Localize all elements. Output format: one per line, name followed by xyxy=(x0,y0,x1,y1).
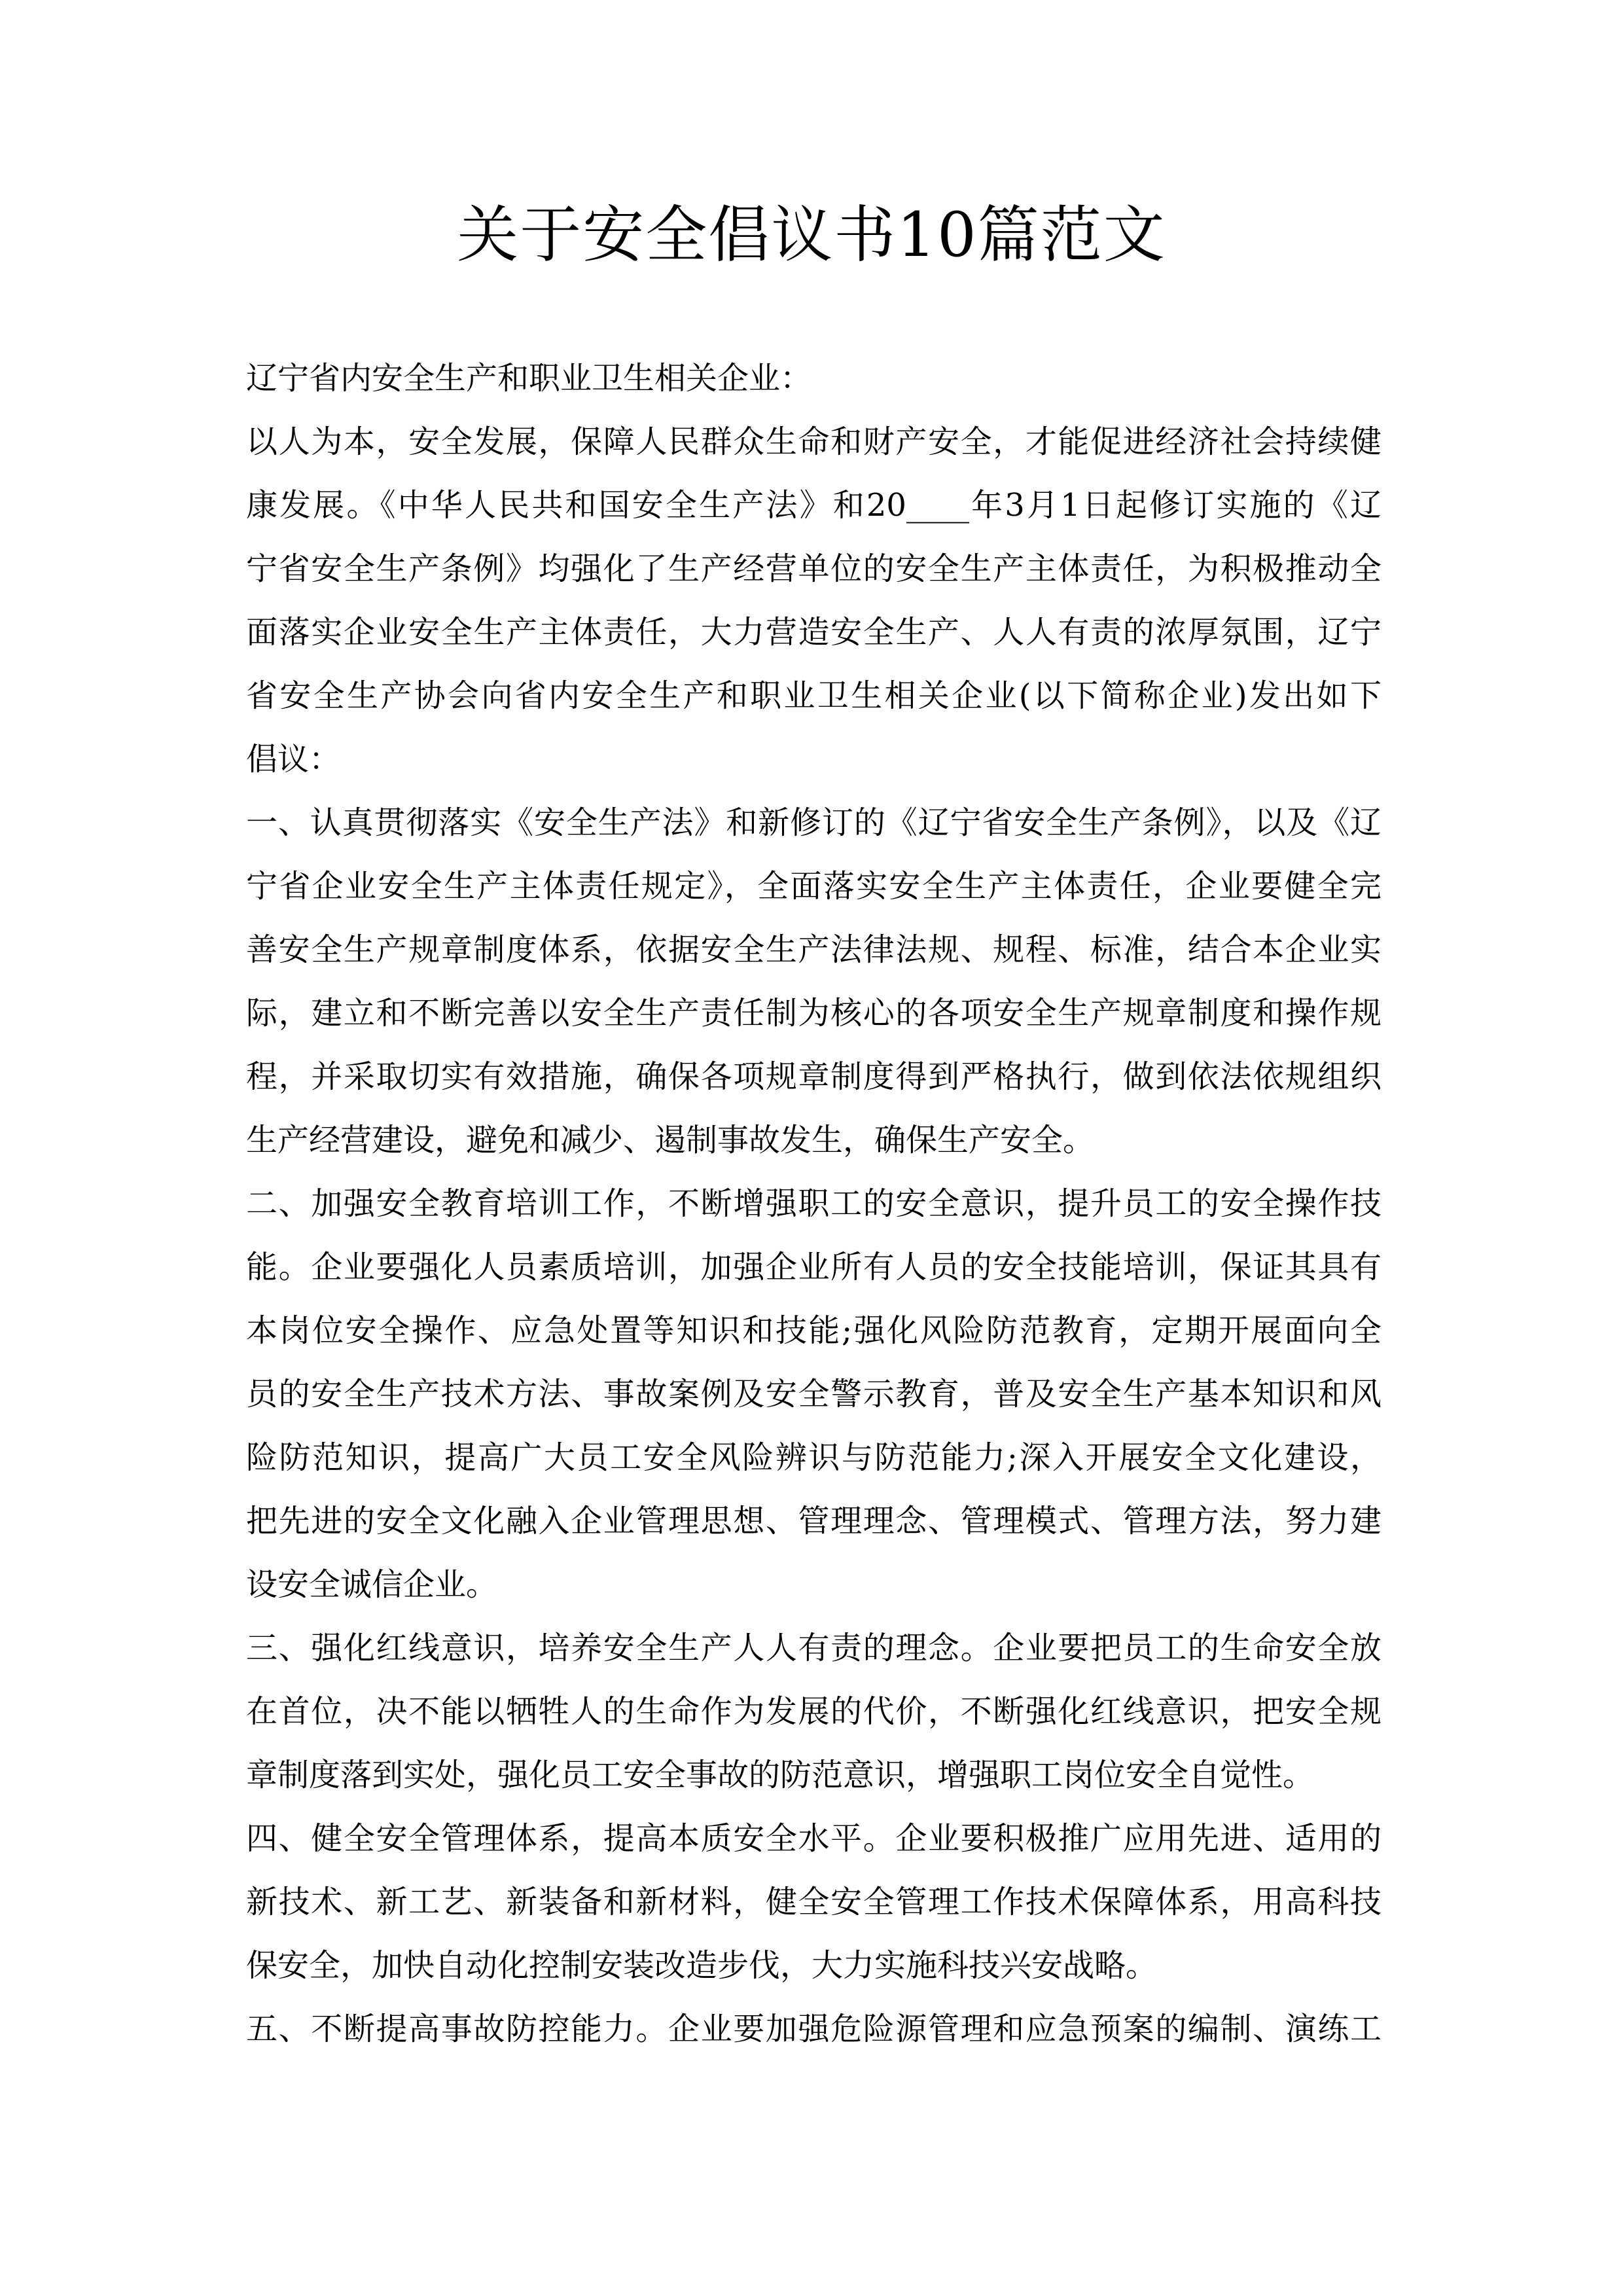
section-2-line: 二、加强安全教育培训工作，不断增强职工的安全意识，提升员工的安全操作技 xyxy=(246,1172,1382,1236)
section-4-line: 四、健全安全管理体系，提高本质安全水平。企业要积极推广应用先进、适用的 xyxy=(246,1807,1382,1871)
section-2-line: 能。企业要强化人员素质培训，加强企业所有人员的安全技能培训，保证其具有 xyxy=(246,1236,1382,1299)
document-title: 关于安全倡议书10篇范文 xyxy=(0,196,1623,275)
salutation-line: 辽宁省内安全生产和职业卫生相关企业： xyxy=(246,347,1382,410)
section-3-line: 三、强化红线意识，培养安全生产人人有责的理念。企业要把员工的生命安全放 xyxy=(246,1617,1382,1680)
section-4-line: 保安全，加快自动化控制安装改造步伐，大力实施科技兴安战略。 xyxy=(246,1934,1382,1998)
document-body: 辽宁省内安全生产和职业卫生相关企业： 以人为本，安全发展，保障人民群众生命和财产… xyxy=(246,347,1382,2061)
text-line: 省安全生产协会向省内安全生产和职业卫生相关企业(以下简称企业)发出如下 xyxy=(246,664,1382,728)
section-1-line: 一、认真贯彻落实《安全生产法》和新修订的《辽宁省安全生产条例》，以及《辽 xyxy=(246,791,1382,855)
section-2-line: 险防范知识，提高广大员工安全风险辨识与防范能力;深入开展安全文化建设， xyxy=(246,1426,1382,1490)
section-1-line: 际，建立和不断完善以安全生产责任制为核心的各项安全生产规章制度和操作规 xyxy=(246,982,1382,1045)
section-5-line: 五、不断提高事故防控能力。企业要加强危险源管理和应急预案的编制、演练工 xyxy=(246,1998,1382,2061)
section-4-line: 新技术、新工艺、新装备和新材料，健全安全管理工作技术保障体系，用高科技 xyxy=(246,1871,1382,1934)
section-1-line: 生产经营建设，避免和减少、遏制事故发生，确保生产安全。 xyxy=(246,1109,1382,1172)
section-2-line: 员的安全生产技术方法、事故案例及安全警示教育，普及安全生产基本知识和风 xyxy=(246,1363,1382,1426)
section-3-line: 章制度落到实处，强化员工安全事故的防范意识，增强职工岗位安全自觉性。 xyxy=(246,1744,1382,1807)
section-1-line: 善安全生产规章制度体系，依据安全生产法律法规、规程、标准，结合本企业实 xyxy=(246,918,1382,982)
text-line: 宁省安全生产条例》均强化了生产经营单位的安全生产主体责任，为积极推动全 xyxy=(246,537,1382,601)
section-1-line: 宁省企业安全生产主体责任规定》，全面落实安全生产主体责任，企业要健全完 xyxy=(246,855,1382,918)
section-2-line: 把先进的安全文化融入企业管理思想、管理理念、管理模式、管理方法，努力建 xyxy=(246,1490,1382,1553)
text-line: 康发展。《中华人民共和国安全生产法》和20____年3月1日起修订实施的《辽 xyxy=(246,474,1382,537)
document-page: 关于安全倡议书10篇范文 辽宁省内安全生产和职业卫生相关企业： 以人为本，安全发… xyxy=(0,0,1623,2296)
text-line: 倡议： xyxy=(246,728,1382,791)
section-2-line: 设安全诚信企业。 xyxy=(246,1553,1382,1617)
text-line: 面落实企业安全生产主体责任，大力营造安全生产、人人有责的浓厚氛围，辽宁 xyxy=(246,601,1382,664)
section-3-line: 在首位，决不能以牺牲人的生命作为发展的代价，不断强化红线意识，把安全规 xyxy=(246,1680,1382,1744)
text-line: 以人为本，安全发展，保障人民群众生命和财产安全，才能促进经济社会持续健 xyxy=(246,410,1382,474)
section-2-line: 本岗位安全操作、应急处置等知识和技能;强化风险防范教育，定期开展面向全 xyxy=(246,1299,1382,1363)
section-1-line: 程，并采取切实有效措施，确保各项规章制度得到严格执行，做到依法依规组织 xyxy=(246,1045,1382,1109)
